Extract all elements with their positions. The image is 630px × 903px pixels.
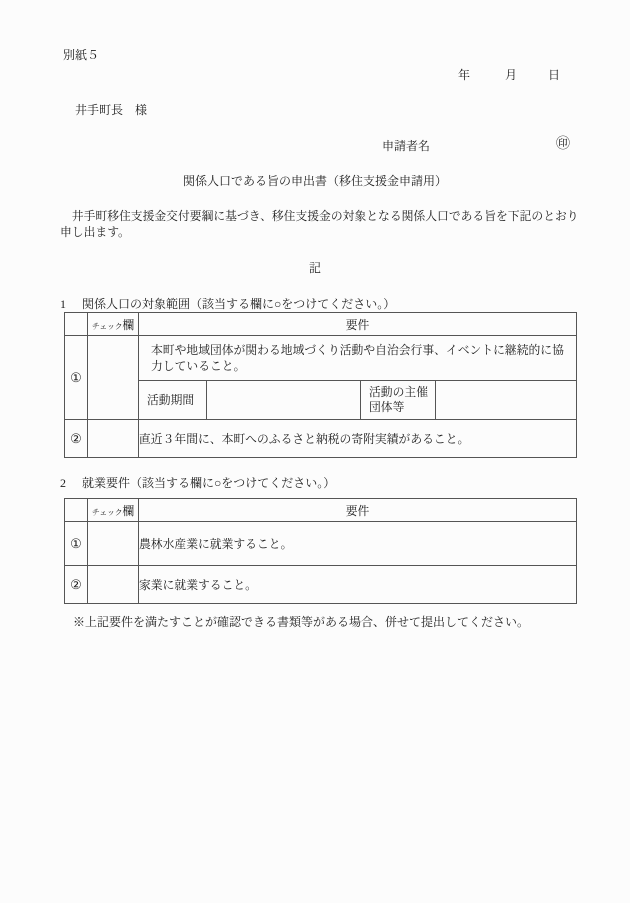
- activity-detail-grid: 活動期間 活動の主催団体等: [139, 380, 576, 419]
- requirement-column-header: 要件: [139, 499, 577, 522]
- check-column-header-kana: チェック: [92, 508, 123, 517]
- employment-table: チェック欄 要件 ① 農林水産業に就業すること。 ② 家業に就業すること。: [64, 498, 577, 604]
- check-input-cell[interactable]: [88, 336, 139, 420]
- check-input-cell[interactable]: [88, 566, 139, 604]
- requirement-text: 直近３年間に、本町へのふるさと納税の寄附実績があること。: [139, 420, 577, 458]
- row-number-cell: ①: [65, 336, 88, 420]
- check-input-cell[interactable]: [88, 420, 139, 458]
- scope-table: チェック欄 要件 ① 本町や地域団体が関わる地域づくり活動や自治会行事、イベント…: [64, 312, 577, 458]
- date-month-label: 月: [505, 66, 517, 83]
- attachment-label: 別紙５: [63, 46, 99, 63]
- check-column-header-suffix: 欄: [122, 318, 134, 332]
- seal-stamp-icon: ㊞: [556, 133, 570, 153]
- activity-period-label: 活動期間: [139, 381, 206, 419]
- organizer-input-cell[interactable]: [435, 381, 576, 419]
- section1-heading: 1関係人口の対象範囲（該当する欄に○をつけてください。）: [60, 295, 395, 312]
- check-column-header: チェック欄: [88, 313, 139, 336]
- section1-heading-text: 関係人口の対象範囲（該当する欄に○をつけてください。）: [82, 295, 395, 312]
- section2-heading-text: 就業要件（該当する欄に○をつけてください。）: [82, 474, 335, 491]
- check-column-header-suffix: 欄: [122, 504, 134, 518]
- document-title: 関係人口である旨の申出書（移住支援金申請用）: [0, 172, 630, 189]
- requirement-cell: 本町や地域団体が関わる地域づくり活動や自治会行事、イベントに継続的に協力している…: [139, 336, 577, 420]
- requirement-text: 農林水産業に就業すること。: [139, 522, 577, 566]
- requirement-column-header: 要件: [139, 313, 577, 336]
- addressee: 井手町長 様: [75, 101, 147, 118]
- requirement-text: 家業に就業すること。: [139, 566, 577, 604]
- check-column-header-kana: チェック: [92, 322, 123, 331]
- requirement-text: 本町や地域団体が関わる地域づくり活動や自治会行事、イベントに継続的に協力している…: [139, 336, 576, 380]
- date-year-label: 年: [458, 66, 470, 83]
- activity-period-input-cell[interactable]: [206, 381, 360, 419]
- notation-ki: 記: [0, 259, 630, 276]
- corner-header-cell: [65, 313, 88, 336]
- section1-heading-number: 1: [60, 297, 66, 312]
- section2-heading: 2就業要件（該当する欄に○をつけてください。）: [60, 474, 335, 491]
- row-number-cell: ②: [65, 566, 88, 604]
- row-number-cell: ①: [65, 522, 88, 566]
- organizer-label: 活動の主催団体等: [360, 381, 435, 419]
- section2-heading-number: 2: [60, 476, 66, 491]
- body-paragraph: 井手町移住支援金交付要綱に基づき、移住支援金の対象となる関係人口である旨を下記の…: [60, 209, 582, 240]
- row-number-cell: ②: [65, 420, 88, 458]
- date-day-label: 日: [548, 66, 560, 83]
- check-column-header: チェック欄: [88, 499, 139, 522]
- applicant-name-label: 申請者名: [382, 137, 430, 154]
- corner-header-cell: [65, 499, 88, 522]
- footnote: ※上記要件を満たすことが確認できる書類等がある場合、併せて提出してください。: [73, 613, 529, 630]
- check-input-cell[interactable]: [88, 522, 139, 566]
- document-page: 別紙５ 年 月 日 井手町長 様 申請者名 ㊞ 関係人口である旨の申出書（移住支…: [0, 0, 630, 903]
